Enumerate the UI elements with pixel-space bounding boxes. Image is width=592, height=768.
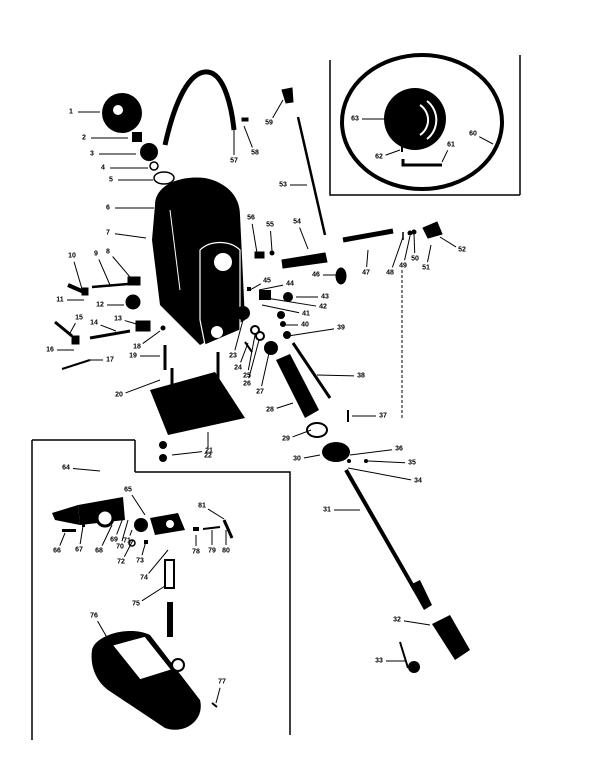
part-callout-35: 35 <box>408 460 416 467</box>
part-callout-29: 29 <box>282 436 290 443</box>
part-callout-56: 56 <box>247 215 255 222</box>
part-callout-72: 72 <box>117 559 125 566</box>
part-callout-54: 54 <box>293 219 301 226</box>
leader-line-30 <box>304 455 320 458</box>
leader-line-56 <box>252 224 257 253</box>
part-callout-23: 23 <box>229 353 237 360</box>
leader-line-8 <box>113 257 130 277</box>
part-callout-40: 40 <box>301 322 309 329</box>
part-callout-18: 18 <box>133 344 141 351</box>
part-callout-38: 38 <box>357 373 365 380</box>
part-callout-43: 43 <box>321 294 329 301</box>
part-callout-53: 53 <box>279 182 287 189</box>
parts-diagram: 1234567891011121314151617181920212223242… <box>0 0 592 768</box>
leader-line-7 <box>115 234 146 238</box>
part-callout-67: 67 <box>75 547 83 554</box>
part-callout-16: 16 <box>46 347 54 354</box>
part-callout-64: 64 <box>62 465 70 472</box>
part-callout-37: 37 <box>379 413 387 420</box>
part-callout-60: 60 <box>469 131 477 138</box>
part-callout-1: 1 <box>69 109 73 116</box>
part-callout-30: 30 <box>293 456 301 463</box>
part-callout-77: 77 <box>218 679 226 686</box>
part-callout-58: 58 <box>251 150 259 157</box>
leader-line-60 <box>479 137 493 144</box>
part-callout-7: 7 <box>106 230 110 237</box>
part-callout-36: 36 <box>395 446 403 453</box>
center-small-parts <box>236 287 293 355</box>
part-callout-34: 34 <box>414 478 422 485</box>
part-callout-68: 68 <box>95 548 103 555</box>
part-callout-66: 66 <box>53 548 61 555</box>
part-callout-44: 44 <box>286 281 294 288</box>
part-callout-46: 46 <box>312 272 320 279</box>
part-callout-5: 5 <box>109 177 113 184</box>
part-callout-80: 80 <box>222 548 230 555</box>
part-callout-3: 3 <box>90 151 94 158</box>
leader-line-58 <box>244 126 252 147</box>
part-callout-13: 13 <box>114 316 122 323</box>
leader-line-28 <box>277 403 293 408</box>
leader-line-71 <box>130 530 132 536</box>
leader-line-35 <box>368 461 405 463</box>
part-callout-74: 74 <box>140 575 148 582</box>
leader-line-18 <box>143 331 160 344</box>
part-callout-81: 81 <box>198 503 206 510</box>
leader-line-45 <box>250 284 261 290</box>
leader-line-51 <box>427 245 431 262</box>
belt-inset <box>342 55 502 189</box>
diagram-artwork <box>0 0 592 768</box>
part-callout-14: 14 <box>90 320 98 327</box>
leader-line-64 <box>73 469 100 471</box>
part-callout-50: 50 <box>411 256 419 263</box>
leader-line-55 <box>271 231 272 251</box>
quill-assembly <box>276 343 368 463</box>
leader-line-62 <box>386 150 400 155</box>
lamp-switch-assembly <box>52 497 232 730</box>
leader-line-27 <box>262 353 269 386</box>
part-callout-51: 51 <box>422 265 430 272</box>
part-callout-12: 12 <box>96 302 104 309</box>
part-callout-24: 24 <box>234 365 242 372</box>
leader-line-10 <box>74 262 82 289</box>
part-callout-8: 8 <box>106 249 110 256</box>
leader-line-81 <box>208 509 224 519</box>
part-callout-42: 42 <box>319 304 327 311</box>
leader-line-65 <box>132 495 145 515</box>
part-callout-52: 52 <box>458 247 466 254</box>
leader-line-50 <box>414 234 415 253</box>
leader-line-25 <box>248 335 255 370</box>
part-callout-17: 17 <box>106 357 114 364</box>
leader-line-54 <box>300 228 308 249</box>
part-callout-10: 10 <box>68 253 76 260</box>
part-callout-62: 62 <box>375 154 383 161</box>
part-callout-47: 47 <box>362 270 370 277</box>
part-callout-61: 61 <box>447 142 455 149</box>
leader-line-59 <box>273 100 283 118</box>
part-callout-55: 55 <box>266 222 274 229</box>
part-callout-41: 41 <box>302 311 310 318</box>
part-callout-75: 75 <box>132 601 140 608</box>
part-callout-63: 63 <box>351 116 359 123</box>
leader-line-9 <box>99 259 110 285</box>
part-callout-27: 27 <box>256 389 264 396</box>
leader-line-36 <box>350 450 392 455</box>
part-callout-6: 6 <box>106 205 110 212</box>
part-callout-31: 31 <box>323 507 331 514</box>
leader-line-75 <box>142 586 165 601</box>
part-callout-11: 11 <box>56 297 63 304</box>
part-callout-73: 73 <box>136 558 144 565</box>
part-callout-49: 49 <box>399 263 407 270</box>
leader-line-77 <box>216 688 220 703</box>
part-callout-26: 26 <box>243 381 251 388</box>
leader-line-15 <box>70 323 75 333</box>
part-callout-2: 2 <box>82 135 86 142</box>
leader-line-49 <box>405 236 410 260</box>
part-callout-39: 39 <box>337 325 345 332</box>
part-callout-78: 78 <box>192 549 200 556</box>
part-callout-48: 48 <box>386 270 394 277</box>
leader-line-61 <box>442 150 448 162</box>
leader-line-52 <box>440 237 456 247</box>
part-callout-25: 25 <box>243 373 251 380</box>
part-callout-33: 33 <box>375 658 383 665</box>
part-callout-19: 19 <box>129 353 137 360</box>
part-callout-45: 45 <box>263 278 271 285</box>
part-callout-15: 15 <box>75 315 83 322</box>
part-callout-70: 70 <box>116 544 124 551</box>
leader-line-66 <box>60 533 65 546</box>
head-casting <box>152 177 245 345</box>
part-callout-65: 65 <box>124 487 132 494</box>
part-callout-9: 9 <box>94 251 98 258</box>
part-callout-71: 71 <box>123 538 131 545</box>
part-callout-20: 20 <box>115 392 123 399</box>
leader-line-34 <box>348 468 411 480</box>
leader-line-39 <box>288 329 334 336</box>
part-callout-59: 59 <box>265 120 273 127</box>
leader-line-14 <box>101 325 116 331</box>
part-callout-32: 32 <box>393 617 401 624</box>
leader-line-38 <box>317 375 354 376</box>
leader-line-21 <box>172 452 202 455</box>
spindle-chuck <box>346 470 470 673</box>
part-callout-22: 22 <box>204 453 212 460</box>
leader-line-47 <box>367 250 368 267</box>
part-callout-79: 79 <box>208 548 216 555</box>
part-callout-57: 57 <box>230 158 238 165</box>
part-callout-69: 69 <box>110 537 118 544</box>
leader-line-24 <box>241 343 248 362</box>
part-callout-4: 4 <box>101 165 105 172</box>
leader-line-32 <box>404 621 430 625</box>
leader-line-44 <box>259 285 283 290</box>
leader-line-67 <box>80 526 83 544</box>
power-cord <box>165 72 234 145</box>
part-callout-76: 76 <box>90 613 98 620</box>
part-callout-28: 28 <box>266 407 274 414</box>
